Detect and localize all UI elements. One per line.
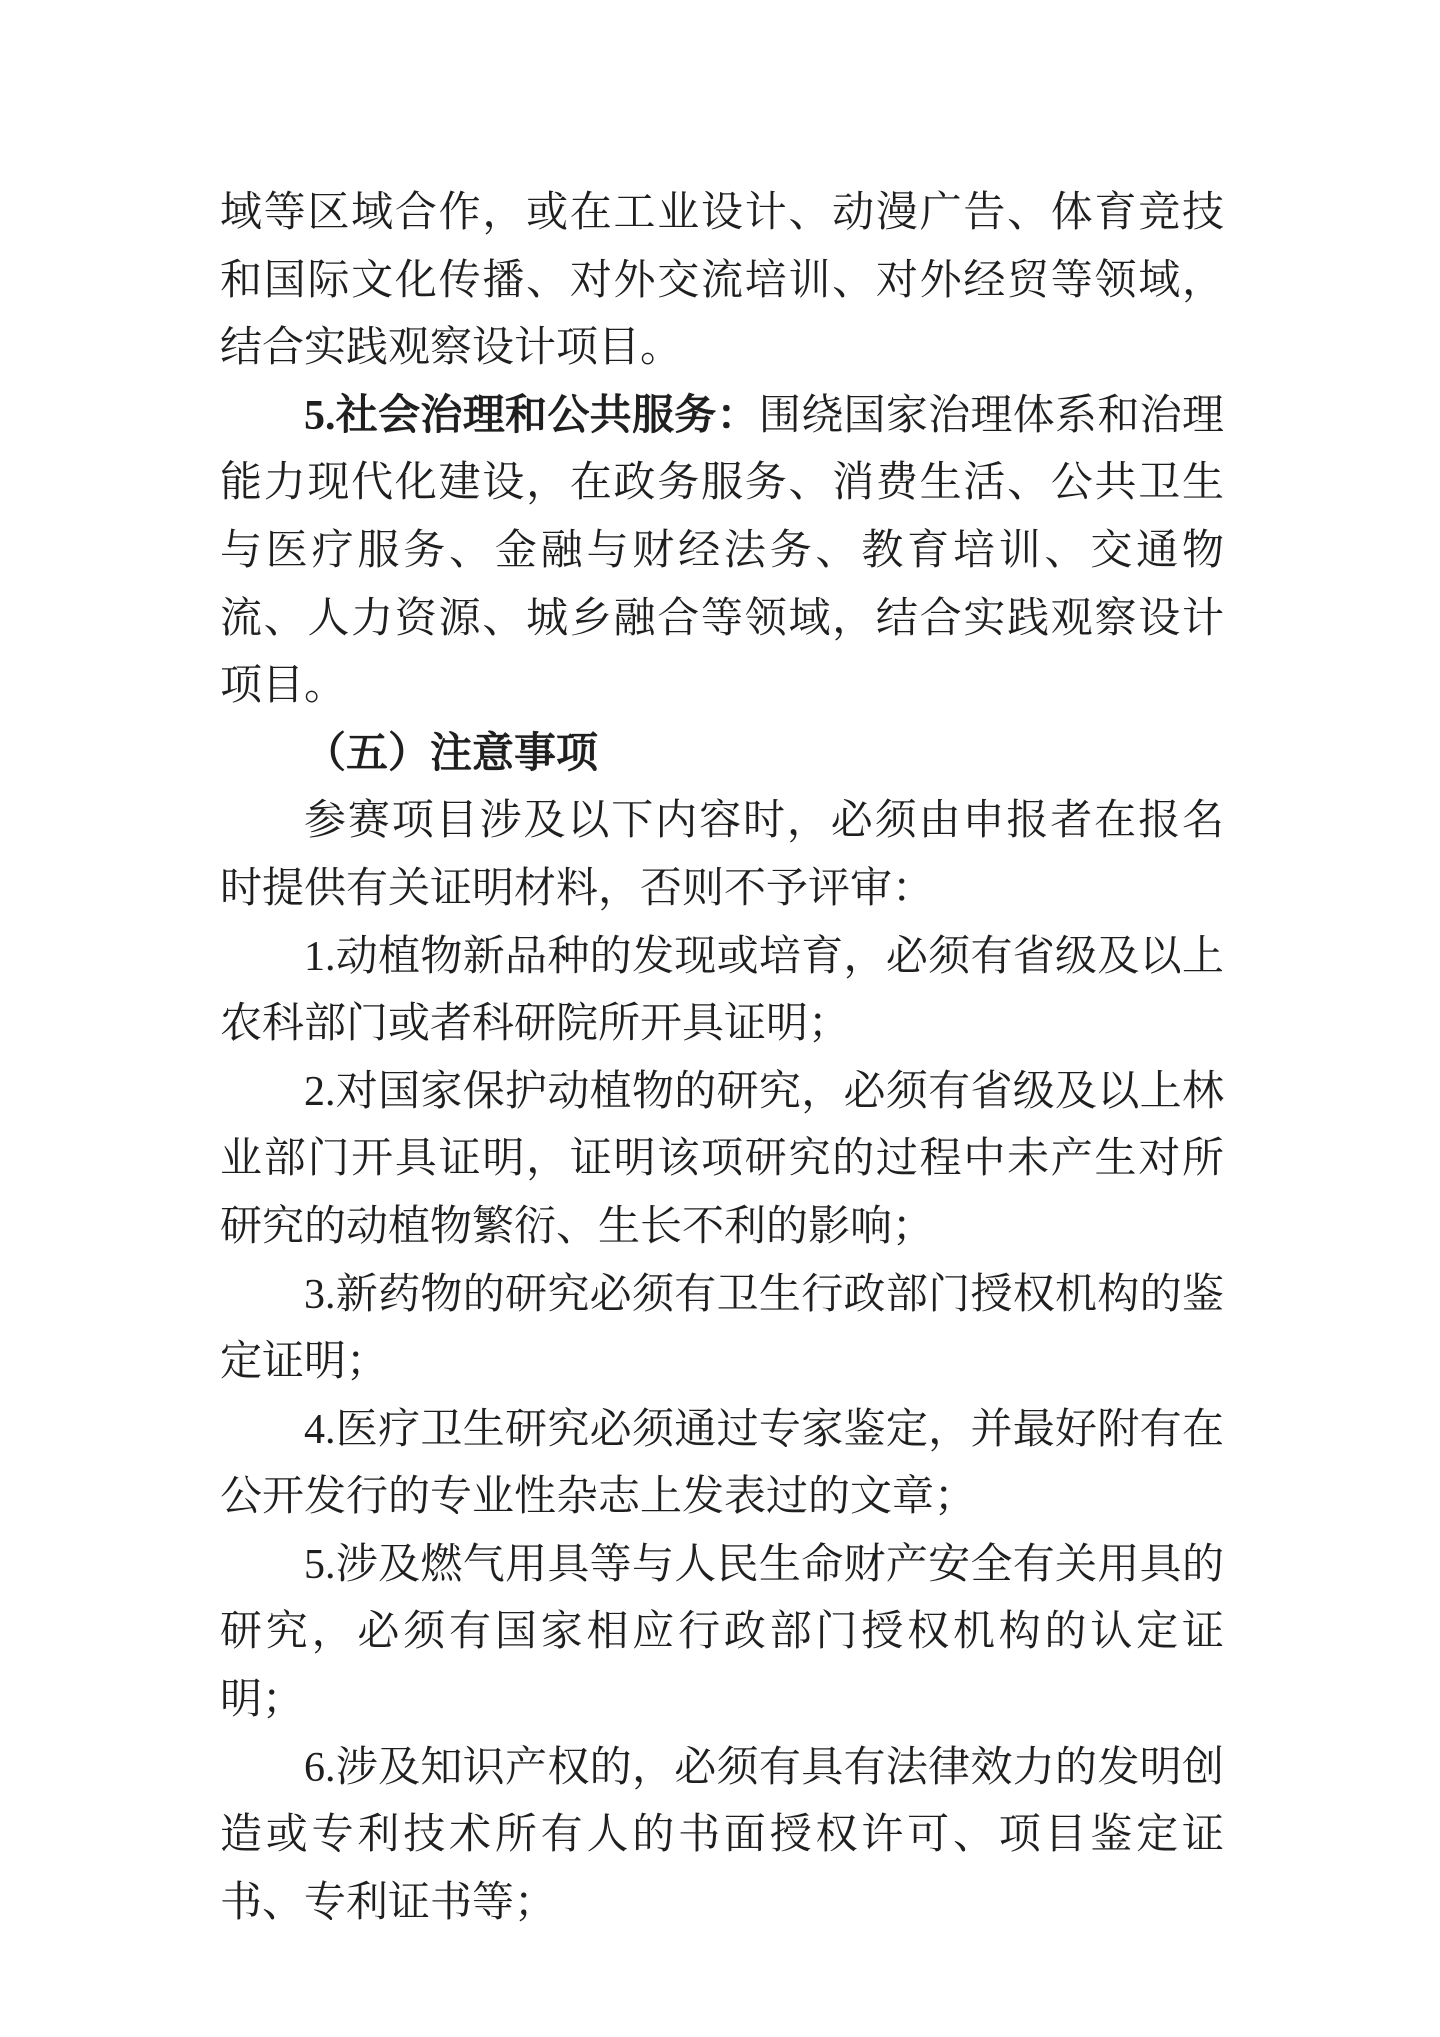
body-paragraph: 2.对国家保护动植物的研究，必须有省级及以上林业部门开具证明，证明该项研究的过程… bbox=[220, 1059, 1224, 1262]
document-content: 域等区域合作，或在工业设计、动漫广告、体育竞技和国际文化传播、对外交流培训、对外… bbox=[220, 180, 1224, 1937]
body-paragraph: 5.涉及燃气用具等与人民生命财产安全有关用具的研究，必须有国家相应行政部门授权机… bbox=[220, 1532, 1224, 1735]
body-paragraph: 5.社会治理和公共服务：围绕国家治理体系和治理能力现代化建设，在政务服务、消费生… bbox=[220, 383, 1224, 721]
body-paragraph: 3.新药物的研究必须有卫生行政部门授权机构的鉴定证明； bbox=[220, 1262, 1224, 1397]
body-paragraph: 参赛项目涉及以下内容时，必须由申报者在报名时提供有关证明材料，否则不予评审： bbox=[220, 788, 1224, 923]
section-heading: （五）注意事项 bbox=[220, 721, 1224, 789]
body-paragraph: 4.医疗卫生研究必须通过专家鉴定，并最好附有在公开发行的专业性杂志上发表过的文章… bbox=[220, 1397, 1224, 1532]
body-paragraph: 1.动植物新品种的发现或培育，必须有省级及以上农科部门或者科研院所开具证明； bbox=[220, 924, 1224, 1059]
body-paragraph: 域等区域合作，或在工业设计、动漫广告、体育竞技和国际文化传播、对外交流培训、对外… bbox=[220, 180, 1224, 383]
paragraph-lead-bold: 5.社会治理和公共服务： bbox=[304, 393, 759, 439]
document-page: 域等区域合作，或在工业设计、动漫广告、体育竞技和国际文化传播、对外交流培训、对外… bbox=[0, 0, 1440, 2037]
body-paragraph: 6.涉及知识产权的，必须有具有法律效力的发明创造或专利技术所有人的书面授权许可、… bbox=[220, 1735, 1224, 1938]
